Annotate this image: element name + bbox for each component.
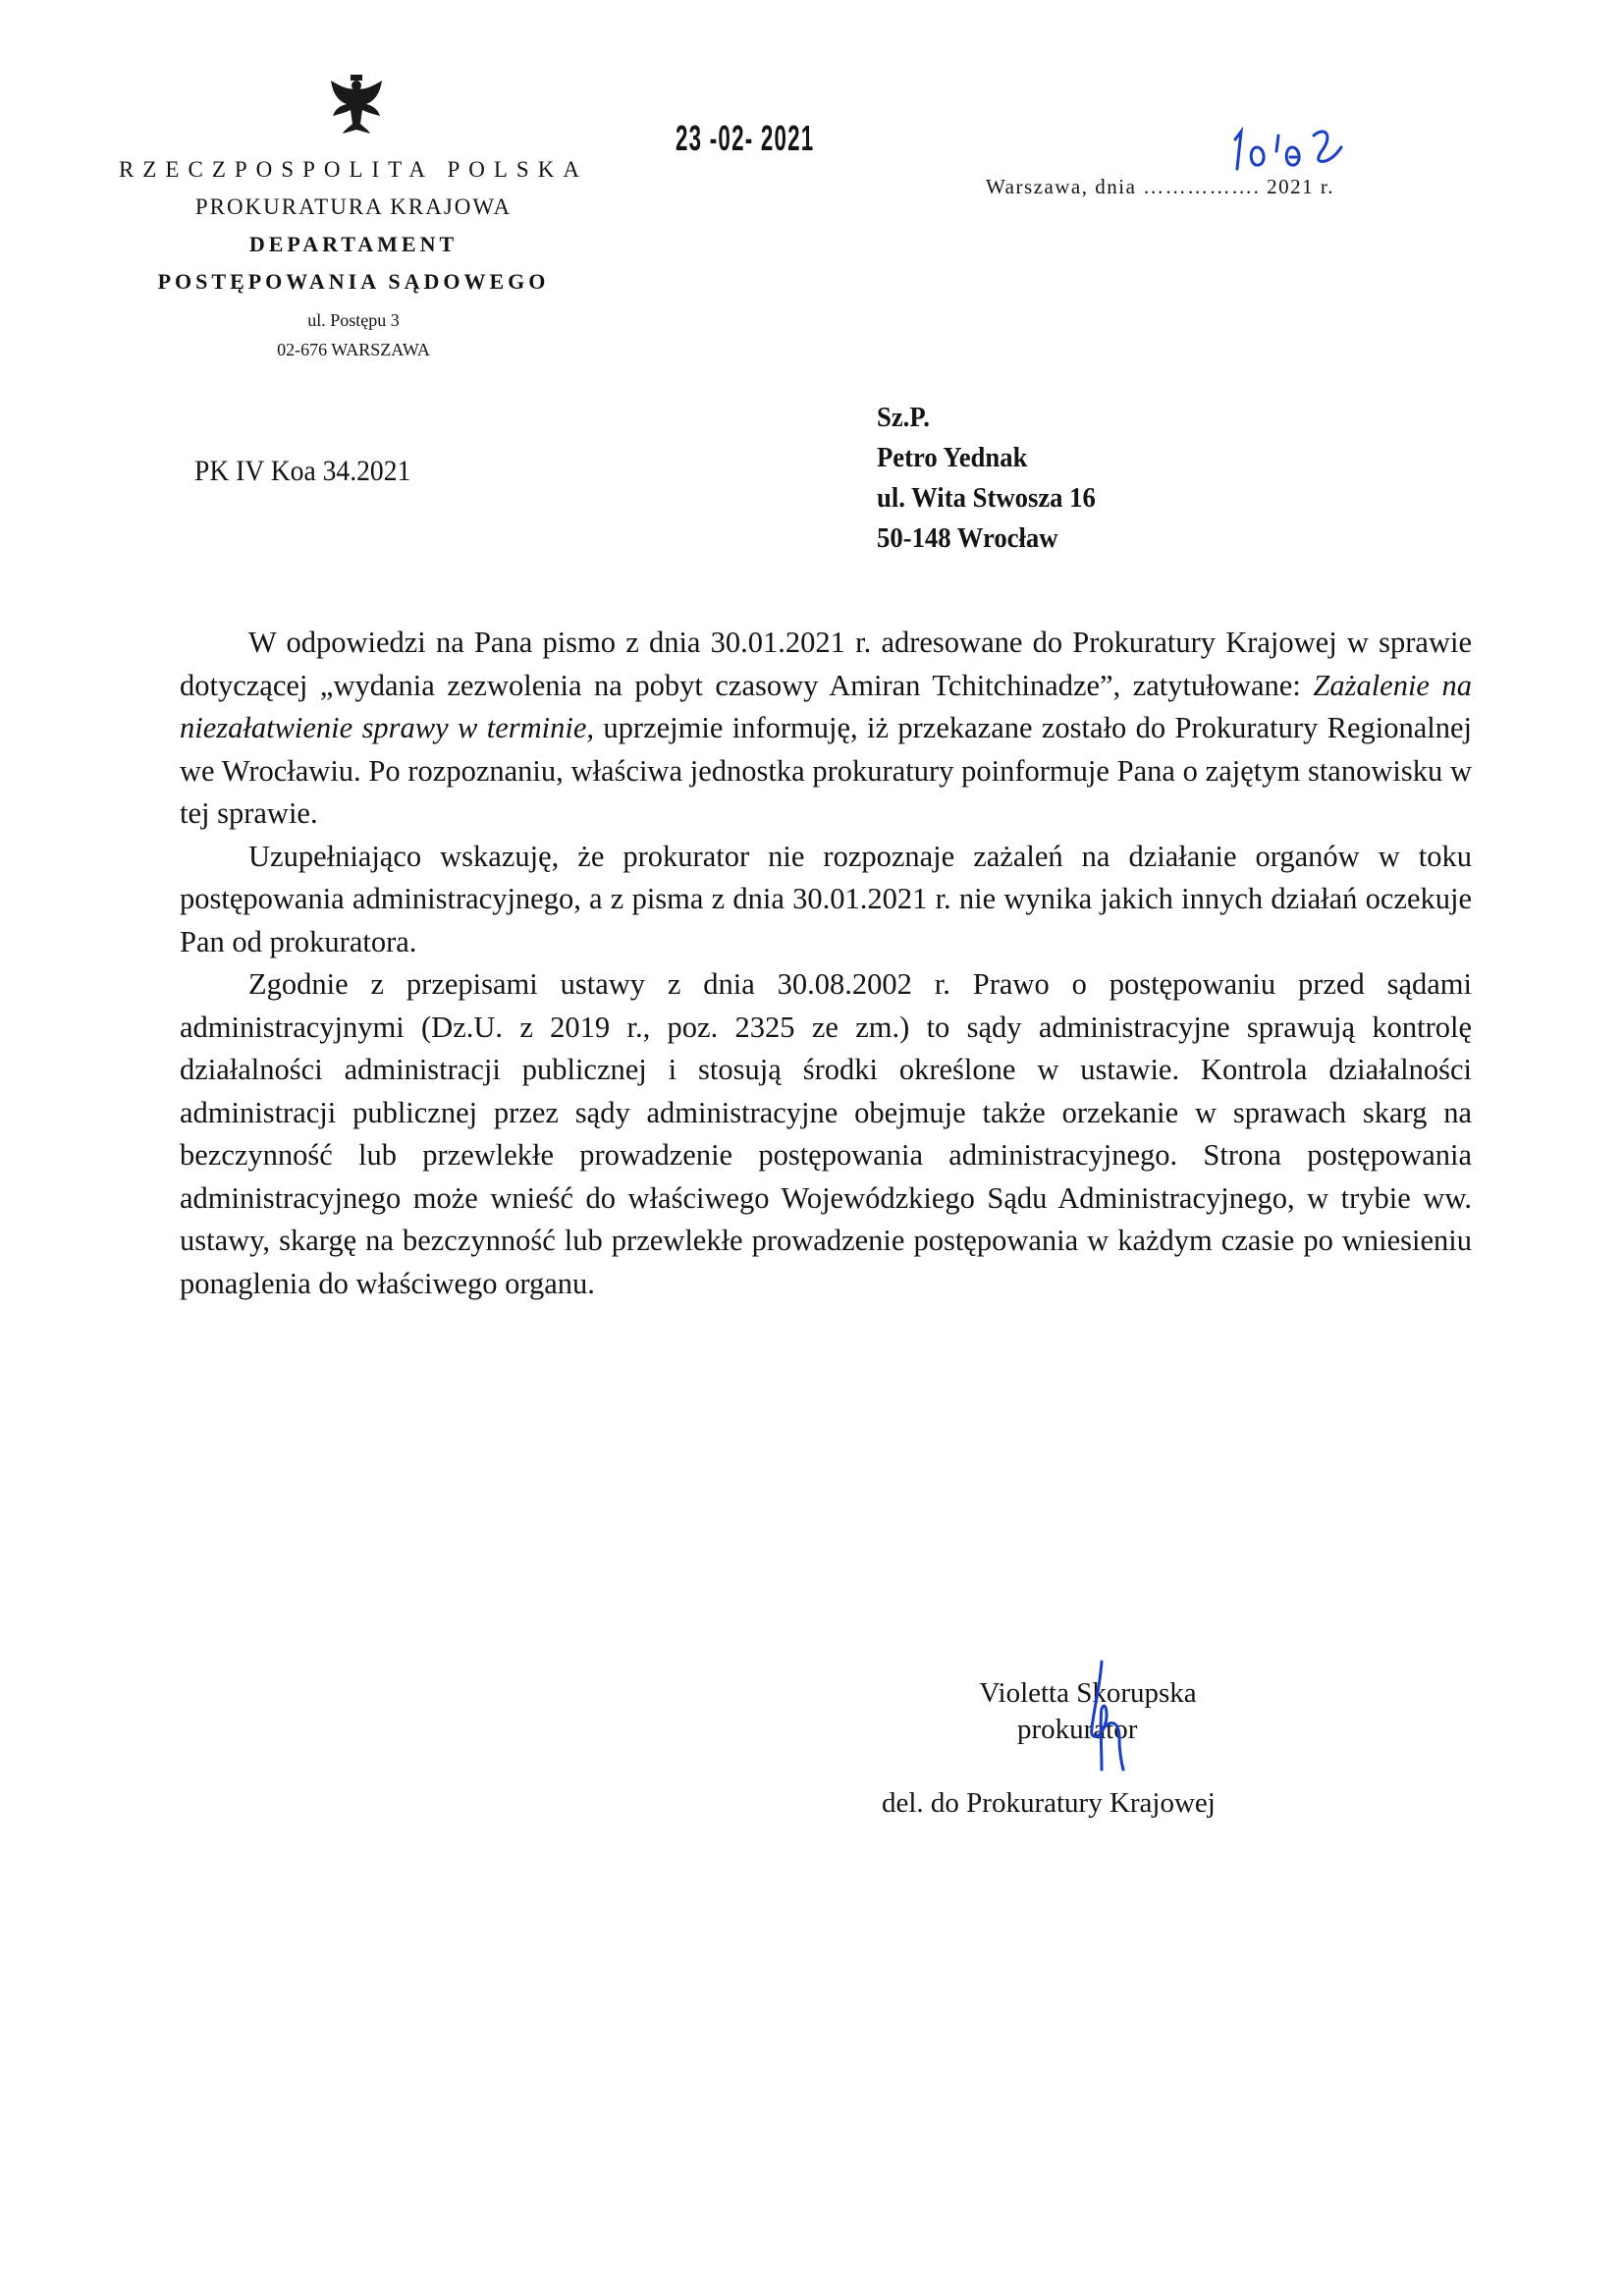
letter-body: W odpowiedzi na Pana pismo z dnia 30.01.…: [180, 622, 1472, 1305]
received-date-stamp: 23 -02- 2021: [676, 118, 814, 159]
header-department: DEPARTAMENT: [98, 232, 609, 257]
place-and-date: Warszawa, dnia ……………. 2021 r.: [986, 175, 1334, 199]
recipient-name: Petro Yednak: [877, 438, 1096, 478]
paragraph-2: Uzupełniająco wskazuję, że prokurator ni…: [180, 836, 1472, 964]
handwritten-signature: [1080, 1660, 1129, 1777]
header-department-name: POSTĘPOWANIA SĄDOWEGO: [98, 269, 609, 295]
header-institution: PROKURATURA KRAJOWA: [98, 194, 609, 220]
recipient-street: ul. Wita Stwosza 16: [877, 478, 1096, 519]
case-reference-number: PK IV Koa 34.2021: [194, 455, 410, 488]
paragraph-1: W odpowiedzi na Pana pismo z dnia 30.01.…: [180, 622, 1472, 836]
header-postal-city: 02-676 WARSZAWA: [98, 340, 609, 360]
recipient-address: Sz.P. Petro Yednak ul. Wita Stwosza 16 5…: [877, 398, 1096, 559]
recipient-postal-city: 50-148 Wrocław: [877, 519, 1096, 559]
header-street: ul. Postępu 3: [98, 310, 609, 331]
handwritten-date: [1227, 118, 1355, 177]
header-country: RZECZPOSPOLITA POLSKA: [98, 157, 609, 183]
paragraph-3: Zgodnie z przepisami ustawy z dnia 30.08…: [180, 963, 1472, 1305]
recipient-salutation: Sz.P.: [877, 398, 1096, 438]
polish-eagle-emblem-icon: [327, 73, 386, 137]
signatory-delegation: del. do Prokuratury Krajowej: [882, 1787, 1216, 1820]
